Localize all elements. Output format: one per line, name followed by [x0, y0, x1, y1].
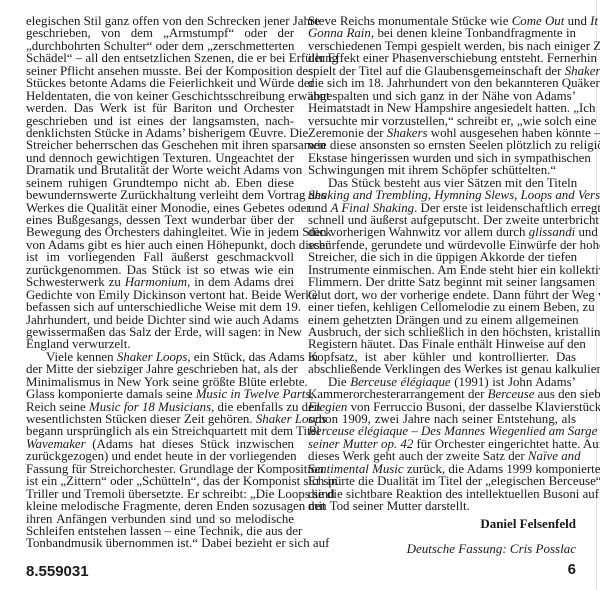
text-line: Heimatstadt in New Hampshire angesiedelt… — [308, 102, 576, 114]
text-line: ist ein „Zittern“ oder „Schütteln“, das … — [26, 475, 294, 487]
italic-title: It’s — [590, 14, 600, 28]
text-line: Tonbandmusik übernommen ist.“ Dabei bezi… — [26, 537, 294, 549]
text-line: Streicher beherrschen das Geschehen mit … — [26, 139, 294, 151]
text-line: Er spürte die Dualität im Titel der „ele… — [308, 475, 576, 487]
text-line: den vorherigen Wahnwitz vor allem durch … — [308, 226, 576, 238]
text-line: Schädel“ – all den entsetzlichen Szenen,… — [26, 52, 294, 64]
text-line: zurückgezogen) und endet heute in der vo… — [26, 450, 294, 462]
text-line: Registern häutet. Das Finale enthält Hin… — [308, 338, 576, 350]
text-line: einer tiefen, kehligen Cellomelodie zu e… — [308, 301, 576, 313]
text-line: den Tod seiner Mutter darstellt. — [308, 500, 576, 512]
text-line: Dramatik und Brutalität der Worte weicht… — [26, 164, 294, 176]
text-line: bewundernswerte Zurückhaltung verleiht d… — [26, 189, 294, 201]
right-text-column: Steve Reichs monumentale Stücke wie Come… — [308, 15, 576, 513]
text-line: geschrieben, von dem „Armstumpf“ oder de… — [26, 27, 294, 39]
text-line: Bewegung des Orchesters dahingleitet. Wi… — [26, 226, 294, 238]
author-signature: Daniel Felsenfeld — [480, 516, 576, 532]
translation-credit: Deutsche Fassung: Cris Posslac — [407, 541, 576, 557]
text-line: ist im vorliegenden Fall äußerst geschma… — [26, 251, 294, 263]
text-line: Schwingungen mit ihrem Schöpfer schüttel… — [308, 164, 576, 176]
page-number: 6 — [568, 561, 576, 578]
text-line: Gonna Rain, bei denen kleine Tonbandfrag… — [308, 27, 576, 39]
text-line: wie diese ansonsten so ernsten Seelen pl… — [308, 139, 576, 151]
booklet-page: elegischen Stil ganz offen von den Schre… — [0, 0, 600, 590]
text-line: der Mitte der siebziger Jahre geschriebe… — [26, 363, 294, 375]
text-line: die sich im 18. Jahrhundert von den beka… — [308, 77, 576, 89]
text-line: kleine melodische Fragmente, deren Enden… — [26, 500, 294, 512]
text-line: Schwesterwerk zu Harmonium, in dem Adams… — [26, 276, 294, 288]
text-line: befassen sich auf unterschiedliche Weise… — [26, 301, 294, 313]
left-text-column: elegischen Stil ganz offen von den Schre… — [26, 15, 294, 550]
text-line: werden. Das Werk ist für Bariton und Orc… — [26, 102, 294, 114]
text-line: Stückes betonte Adams die Feierlichkeit … — [26, 77, 294, 89]
text-line: Streicher, die sich in die üppigen Akkor… — [308, 251, 576, 263]
catalog-number: 8.559031 — [26, 563, 89, 580]
text-line: Flimmern. Der dritte Satz beginnt mit se… — [308, 276, 576, 288]
